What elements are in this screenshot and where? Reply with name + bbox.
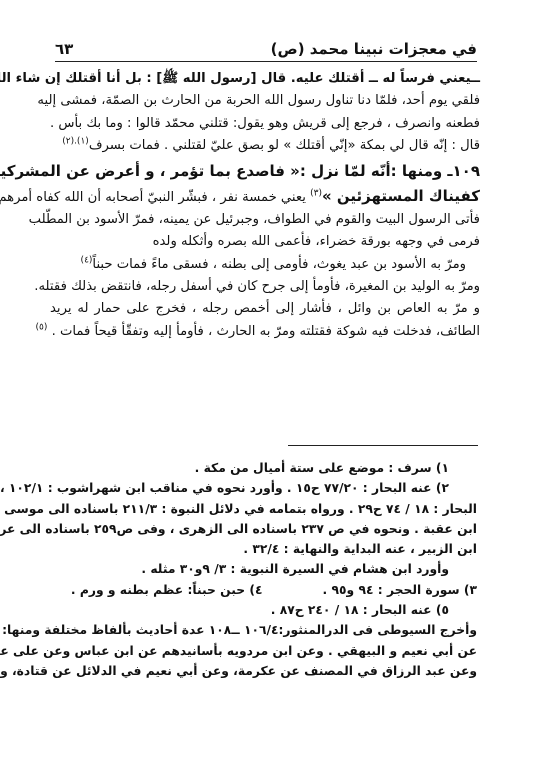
footnote-3: ٣) سورة الحجر : ٩٤ و٩٥ . bbox=[323, 580, 477, 600]
text-line-content: قال : إنّه قال لي بمكة «إنّي أقتلك » لو … bbox=[89, 138, 480, 153]
text-line: فأتى الرسول البيت والقوم في الطواف، وجبر… bbox=[50, 209, 480, 231]
footnote-line: ١) سرف : موضع على ستة أميال من مكة . bbox=[55, 458, 477, 478]
footnote-line: ابن الزبير ، عنه البداية والنهاية : ٣٢/٤… bbox=[55, 539, 477, 559]
footnote-line: البحار : ١٨ / ٧٤ ح٢٩ . ورواه بتمامه في د… bbox=[55, 499, 477, 519]
footnote-line: وأخرج السيوطى فى الدرالمنثور:١٠٦/٤ ــ١٠٨… bbox=[55, 620, 477, 640]
page-number: ٦٣ bbox=[55, 40, 73, 58]
book-page: في معجزات نبينا محمد (ص) ٦٣ ــيعني فرساً… bbox=[0, 0, 541, 775]
text-line: ــيعني فرساً له ــ أقتلك عليه. قال [رسول… bbox=[50, 68, 480, 90]
text-line: قال : إنّه قال لي بمكة «إنّي أقتلك » لو … bbox=[50, 135, 480, 157]
footnote-line: ٣) سورة الحجر : ٩٤ و٩٥ . ٤) حبن حبناً: ع… bbox=[55, 580, 477, 600]
text-line-content: الطائف، فدخلت فيه شوكة فقتلته ومرّ به ال… bbox=[52, 324, 480, 339]
footnote-line: ٥) عنه البحار : ١٨ / ٢٤٠ ح٨٧ . bbox=[55, 600, 477, 620]
footnote-line: ابن عقبة . ونحوه في ص ٢٣٧ باسناده الى ال… bbox=[55, 519, 477, 539]
footnote-ref: (١).(٢) bbox=[62, 137, 89, 147]
footnote-ref: (٤) bbox=[81, 255, 93, 265]
footnote-line: وعن عبد الرزاق في المصنف عن عكرمة، وعن أ… bbox=[55, 661, 477, 681]
text-line: فلقي يوم أحد، فلمّا دنا تناول رسول الله … bbox=[50, 90, 480, 112]
text-line: و مرّ به العاص بن وائل ، فأشار إلى أخمص … bbox=[50, 298, 480, 320]
footnote-ref: (٥) bbox=[36, 322, 48, 332]
header-title: في معجزات نبينا محمد (ص) bbox=[271, 40, 477, 58]
footnotes: ١) سرف : موضع على ستة أميال من مكة . ٢) … bbox=[55, 458, 477, 681]
footnote-line: وأورد ابن هشام في السيرة النبوية : ٣/ ٩و… bbox=[55, 559, 477, 579]
footnote-divider bbox=[288, 445, 478, 446]
running-header: في معجزات نبينا محمد (ص) ٦٣ bbox=[55, 32, 477, 58]
text-line: ومرّ به الوليد بن المغيرة، فأومأ إلى جرح… bbox=[50, 276, 480, 298]
footnote-line: عن أبي نعيم و البيهقي . وعن ابن مردويه ب… bbox=[55, 641, 477, 661]
verse-line: ١٠٩ـ ومنها :أنّه لمّا نزل :« فاصدع بما ت… bbox=[50, 157, 480, 185]
footnote-ref: (٣) bbox=[310, 189, 322, 199]
text-line: فطعنه وانصرف ، فرجع إلى قريش وهو يقول: ق… bbox=[50, 113, 480, 135]
main-text: ــيعني فرساً له ــ أقتلك عليه. قال [رسول… bbox=[50, 68, 480, 343]
text-line: الطائف، فدخلت فيه شوكة فقتلته ومرّ به ال… bbox=[50, 321, 480, 343]
text-line: ومرّ به الأسود بن عبد يغوث، فأومى إلى بط… bbox=[50, 254, 480, 276]
footnote-4: ٤) حبن حبناً: عظم بطنه و ورم . bbox=[71, 580, 263, 600]
text-line: كفيناك المستهزئين »(٣) يعني خمسة نفر ، ف… bbox=[50, 185, 480, 209]
header-divider bbox=[55, 61, 477, 62]
text-line-content: ومرّ به الأسود بن عبد يغوث، فأومى إلى بط… bbox=[92, 257, 466, 272]
text-line-content: يعني خمسة نفر ، فبشّر النبيّ أصحابه أن ا… bbox=[0, 190, 306, 205]
verse-end: كفيناك المستهزئين » bbox=[322, 187, 480, 205]
text-line: فرمى في وجهه بورقة خضراء، فأعمى الله بصر… bbox=[50, 231, 480, 253]
footnote-line: ٢) عنه البحار : ٧٧/٢٠ ح١٥ . وأورد نحوه ف… bbox=[55, 478, 477, 498]
